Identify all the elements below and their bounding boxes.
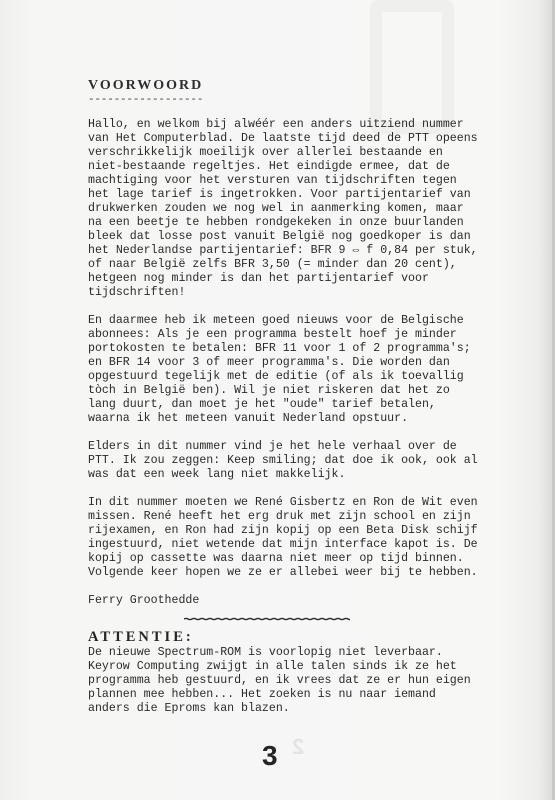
text-line: bleek dat losse post vanuit België nog g…: [88, 230, 528, 244]
wavy-divider: [184, 614, 350, 624]
notice-line: De nieuwe Spectrum-ROM is voorlopig niet…: [88, 646, 528, 660]
text-line: abonnees: Als je een programma bestelt h…: [88, 328, 528, 342]
text-line: was dat een week lang niet makkelijk.: [88, 468, 528, 482]
text-line: opgestuurd tegelijk met de editie (of al…: [88, 370, 528, 384]
notice-body: De nieuwe Spectrum-ROM is voorlopig niet…: [88, 646, 528, 716]
text-line: verschrikkelijk moeilijk over allerlei b…: [88, 146, 528, 160]
notice-line: Keyrow Computing zwijgt in alle talen si…: [88, 660, 528, 674]
paragraph: Elders in dit nummer vind je het hele ve…: [88, 440, 528, 482]
text-line: Elders in dit nummer vind je het hele ve…: [88, 440, 528, 454]
text-line: rijexamen, en Ron had zijn kopij op een …: [88, 524, 528, 538]
paragraph: In dit nummer moeten we René Gisbertz en…: [88, 496, 528, 580]
text-line: tòch in België ben). Wil je niet riskere…: [88, 384, 528, 398]
text-line: Volgende keer hopen we ze er allebei wee…: [88, 566, 528, 580]
text-line: Hallo, en welkom bij alwéér een anders u…: [88, 118, 528, 132]
text-line: niet-bestaande regeltjes. Het eindigde e…: [88, 160, 528, 174]
article: VOORWOORD ------------------ Hallo, en w…: [88, 78, 528, 716]
text-line: waarna ik het meteen vanuit Nederland op…: [88, 412, 528, 426]
notice-line: programma heb gestuurd, en ik vrees dat …: [88, 674, 528, 688]
text-line: hetgeen nog minder is dan het partijenta…: [88, 272, 528, 286]
article-title: VOORWOORD: [88, 78, 528, 94]
text-line: In dit nummer moeten we René Gisbertz en…: [88, 496, 528, 510]
text-line: machtiging voor het versturen van tijdsc…: [88, 174, 528, 188]
show-through-page-number: 2: [292, 734, 304, 760]
text-line: het Nederlandse partijentarief: BFR 9 ⇔ …: [88, 244, 528, 258]
article-title-underline: ------------------: [88, 94, 528, 106]
signature: Ferry Groothedde: [88, 594, 528, 608]
text-line: drukwerken zouden we nog wel in aanmerki…: [88, 202, 528, 216]
notice-line: plannen mee hebben... Het zoeken is nu n…: [88, 688, 528, 702]
text-line: portokosten te betalen: BFR 11 voor 1 of…: [88, 342, 528, 356]
text-line: en BFR 14 voor 3 of meer programma's. Di…: [88, 356, 528, 370]
page-number: 3: [262, 740, 278, 772]
text-line: En daarmee heb ik meteen goed nieuws voo…: [88, 314, 528, 328]
text-line: lang duurt, dan moet je het "oude" tarie…: [88, 398, 528, 412]
paragraph: Hallo, en welkom bij alwéér een anders u…: [88, 118, 528, 300]
text-line: PTT. Ik zou zeggen: Keep smiling; dat do…: [88, 454, 528, 468]
text-line: het lage tarief is ingetrokken. Voor par…: [88, 188, 528, 202]
paragraph: En daarmee heb ik meteen goed nieuws voo…: [88, 314, 528, 426]
notice-line: anders die Eproms kan blazen.: [88, 702, 528, 716]
text-line: kopij op cassette was daarna niet meer o…: [88, 552, 528, 566]
notice-title: ATTENTIE:: [88, 630, 528, 645]
scanned-page: VOORWOORD ------------------ Hallo, en w…: [0, 0, 555, 800]
text-line: na een beetje te hebben rondgekeken in o…: [88, 216, 528, 230]
article-body: Hallo, en welkom bij alwéér een anders u…: [88, 118, 528, 580]
text-line: van Het Computerblad. De laatste tijd de…: [88, 132, 528, 146]
text-line: missen. René heeft het erg druk met zijn…: [88, 510, 528, 524]
text-line: of naar België zelfs BFR 3,50 (= minder …: [88, 258, 528, 272]
text-line: tijdschriften!: [88, 286, 528, 300]
text-line: ingestuurd, niet wetende dat mijn interf…: [88, 538, 528, 552]
